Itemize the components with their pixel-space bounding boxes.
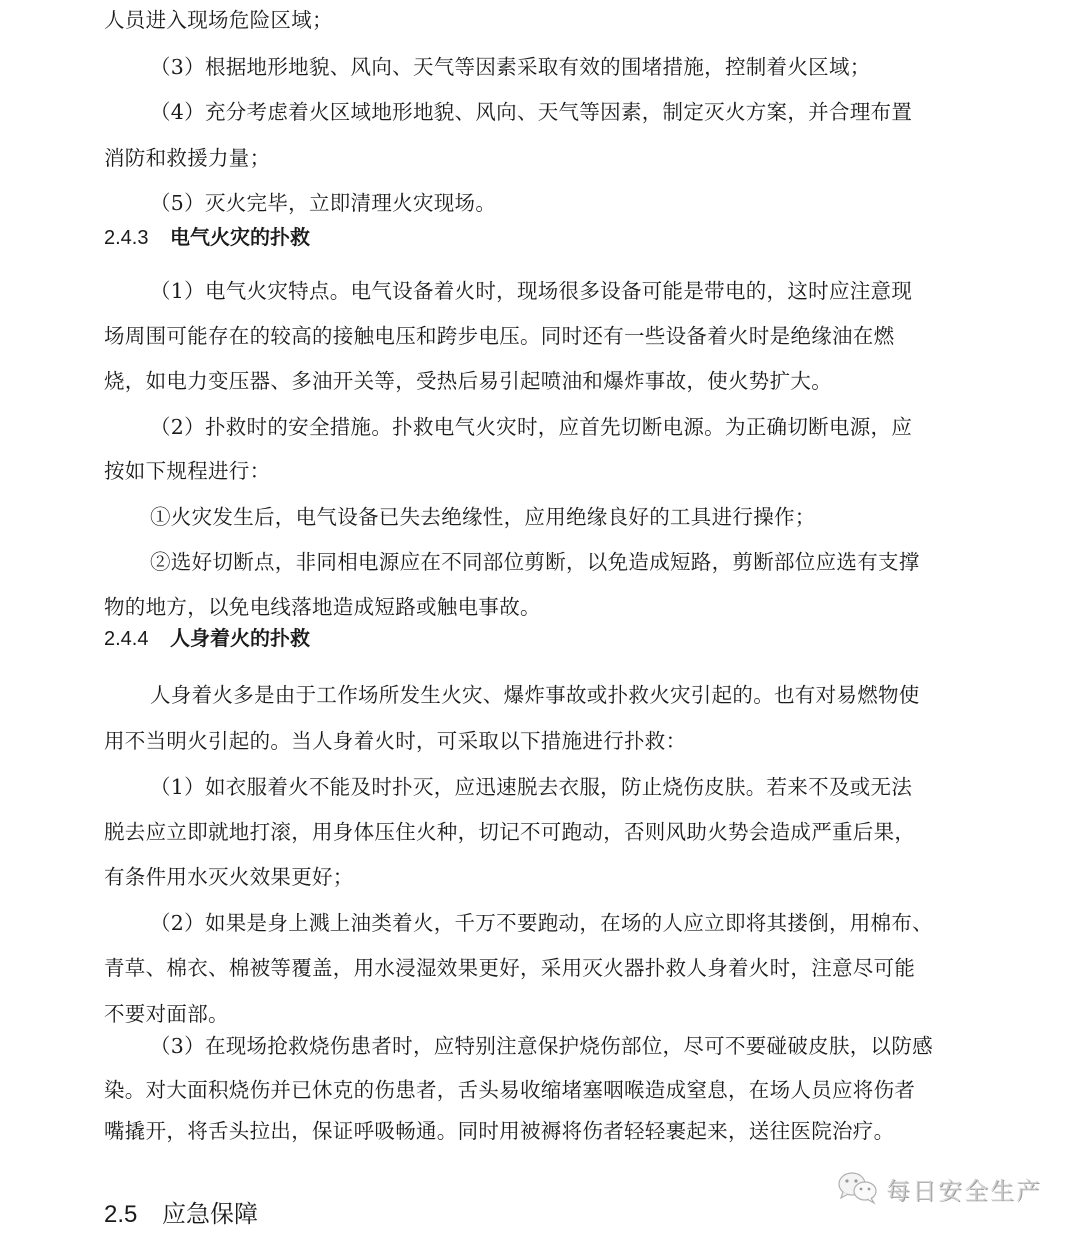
- paragraph-line: 不要对面部。: [104, 1000, 954, 1028]
- paragraph-line: ②选好切断点，非同相电源应在不同部位剪断，以免造成短路，剪断部位应选有支撑: [150, 548, 954, 576]
- paragraph-line: （1）电气火灾特点。电气设备着火时，现场很多设备可能是带电的，这时应注意现: [150, 277, 954, 305]
- paragraph-line: 消防和救援力量；: [104, 144, 954, 172]
- paragraph-line: 嘴撬开，将舌头拉出，保证呼吸畅通。同时用被褥将伤者轻轻裹起来，送往医院治疗。: [104, 1117, 954, 1145]
- section-heading-2-4-3: 2.4.3电气火灾的扑救: [104, 223, 310, 252]
- section-number: 2.5: [104, 1199, 162, 1231]
- paragraph-line: 烧，如电力变压器、多油开关等，受热后易引起喷油和爆炸事故，使火势扩大。: [104, 367, 954, 395]
- paragraph-line: 场周围可能存在的较高的接触电压和跨步电压。同时还有一些设备着火时是绝缘油在燃: [104, 322, 954, 350]
- paragraph-line: 脱去应立即就地打滚，用身体压住火种，切记不可跑动，否则风助火势会造成严重后果，: [104, 818, 954, 846]
- paragraph-line: 人身着火多是由于工作场所发生火灾、爆炸事故或扑救火灾引起的。也有对易燃物使: [150, 681, 954, 709]
- paragraph-line: ①火灾发生后，电气设备已失去绝缘性，应用绝缘良好的工具进行操作；: [150, 503, 954, 531]
- paragraph-line: 染。对大面积烧伤并已休克的伤患者，舌头易收缩堵塞咽喉造成窒息，在场人员应将伤者: [104, 1076, 954, 1104]
- section-heading-2-5: 2.5应急保障: [104, 1198, 258, 1231]
- paragraph-line: 物的地方，以免电线落地造成短路或触电事故。: [104, 593, 954, 621]
- paragraph-line: （2）扑救时的安全措施。扑救电气火灾时，应首先切断电源。为正确切断电源，应: [150, 413, 954, 441]
- paragraph-line: （5）灭火完毕，立即清理火灾现场。: [150, 189, 954, 217]
- paragraph-line: 有条件用水灭火效果更好；: [104, 863, 954, 891]
- paragraph-line: 青草、棉衣、棉被等覆盖，用水浸湿效果更好，采用灭火器扑救人身着火时，注意尽可能: [104, 954, 954, 982]
- wechat-icon: [836, 1170, 880, 1206]
- section-title: 电气火灾的扑救: [170, 225, 310, 249]
- section-heading-2-4-4: 2.4.4人身着火的扑救: [104, 624, 310, 653]
- paragraph-line: 按如下规程进行：: [104, 457, 954, 485]
- watermark: 每日安全生产: [836, 1168, 1042, 1208]
- paragraph-line: （3）在现场抢救烧伤患者时，应特别注意保护烧伤部位，尽可不要碰破皮肤，以防感: [150, 1032, 954, 1060]
- section-number: 2.4.3: [104, 224, 170, 252]
- paragraph-line: （2）如果是身上溅上油类着火，千万不要跑动，在场的人应立即将其搂倒，用棉布、: [150, 909, 954, 937]
- paragraph-line: 人员进入现场危险区域；: [104, 6, 954, 34]
- paragraph-line: （3）根据地形地貌、风向、天气等因素采取有效的围堵措施，控制着火区域；: [150, 53, 954, 81]
- paragraph-line: （1）如衣服着火不能及时扑灭，应迅速脱去衣服，防止烧伤皮肤。若来不及或无法: [150, 773, 954, 801]
- paragraph-line: 用不当明火引起的。当人身着火时，可采取以下措施进行扑救：: [104, 727, 954, 755]
- section-title: 应急保障: [162, 1200, 258, 1228]
- section-title: 人身着火的扑救: [170, 626, 310, 650]
- paragraph-line: （4）充分考虑着火区域地形地貌、风向、天气等因素，制定灭火方案，并合理布置: [150, 98, 954, 126]
- section-number: 2.4.4: [104, 625, 170, 653]
- watermark-text: 每日安全生产: [886, 1171, 1042, 1206]
